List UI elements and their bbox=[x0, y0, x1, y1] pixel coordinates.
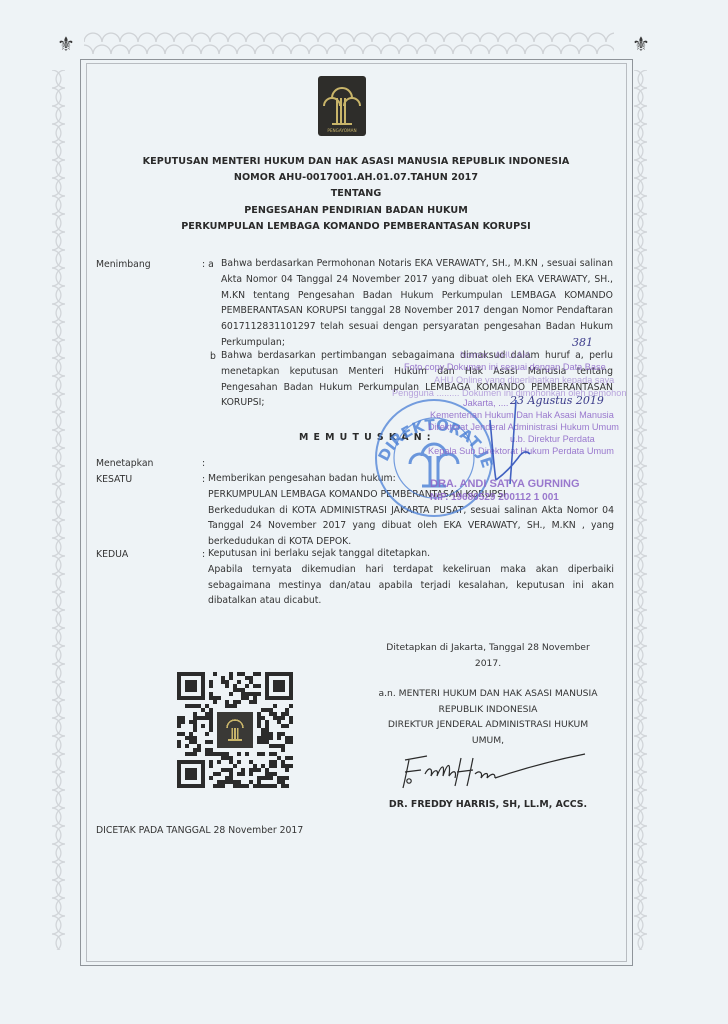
menimbang-marker-b: b bbox=[210, 351, 216, 362]
pengayoman-logo: PENGAYOMAN bbox=[318, 76, 366, 136]
svg-text:PENGAYOMAN: PENGAYOMAN bbox=[327, 128, 356, 133]
stamp-handwritten-number: 381 bbox=[572, 336, 593, 349]
border-ornament-right bbox=[634, 70, 660, 950]
menimbang-point-a: Bahwa berdasarkan Permohonan Notaris EKA… bbox=[221, 256, 613, 351]
position-2: UMUM, bbox=[372, 733, 604, 749]
signer-name: DR. FREDDY HARRIS, SH, LL.M, ACCS. bbox=[372, 799, 604, 810]
signature-block: Ditetapkan di Jakarta, Tanggal 28 Novemb… bbox=[372, 640, 604, 748]
kedua-label: KEDUA bbox=[96, 549, 128, 560]
stamp-official-name: DRA. ANDI SATYA GURNING bbox=[430, 478, 580, 490]
menimbang-colon: : a bbox=[202, 259, 214, 270]
kesatu-label: KESATU bbox=[96, 474, 132, 485]
position-1: DIREKTUR JENDERAL ADMINISTRASI HUKUM bbox=[372, 717, 604, 733]
kedua-line-2: Apabila ternyata dikemudian hari terdapa… bbox=[208, 562, 614, 609]
pengayoman-tree-icon: PENGAYOMAN bbox=[318, 76, 366, 136]
signature-icon bbox=[395, 748, 595, 793]
on-behalf-2: REPUBLIK INDONESIA bbox=[372, 702, 604, 718]
stamp-line-1: Nomor : AHU.AH. bbox=[460, 350, 532, 360]
kedua-colon: : bbox=[202, 549, 205, 560]
kesatu-colon: : bbox=[202, 474, 205, 485]
title-line-1: KEPUTUSAN MENTERI HUKUM DAN HAK ASASI MA… bbox=[90, 154, 622, 170]
stamp-line-2: Foto copy Dokumen ini sesuai dengan Data… bbox=[404, 362, 606, 372]
decree-number: NOMOR AHU-0017001.AH.01.07.TAHUN 2017 bbox=[90, 170, 622, 186]
kedua-content: Keputusan ini berlaku sejak tanggal dite… bbox=[208, 546, 614, 609]
border-ornament-left bbox=[52, 70, 78, 950]
stamp-official-nip: NIP. 19680529 200112 1 001 bbox=[430, 492, 559, 503]
title-organization: PERKUMPULAN LEMBAGA KOMANDO PEMBERANTASA… bbox=[90, 219, 622, 235]
place-date-2: 2017. bbox=[372, 656, 604, 672]
kedua-line-1: Keputusan ini berlaku sejak tanggal dite… bbox=[208, 546, 614, 562]
fleur-ornament-icon: ⚜ bbox=[630, 32, 652, 56]
decree-title: KEPUTUSAN MENTERI HUKUM DAN HAK ASASI MA… bbox=[90, 154, 622, 235]
title-subject: PENGESAHAN PENDIRIAN BADAN HUKUM bbox=[90, 203, 622, 219]
fleur-ornament-icon: ⚜ bbox=[55, 32, 77, 56]
printed-date: DICETAK PADA TANGGAL 28 November 2017 bbox=[96, 825, 303, 836]
place-date-1: Ditetapkan di Jakarta, Tanggal 28 Novemb… bbox=[372, 640, 604, 656]
official-signature-icon bbox=[478, 380, 548, 490]
document-page: ⚜ ⚜ PENGAYOMAN KEPUTUSAN MENTERI HUKUM D… bbox=[0, 0, 728, 1024]
qr-code bbox=[177, 672, 293, 788]
menetapkan-label: Menetapkan bbox=[96, 458, 153, 469]
on-behalf-1: a.n. MENTERI HUKUM DAN HAK ASASI MANUSIA bbox=[372, 686, 604, 702]
menimbang-label: Menimbang bbox=[96, 259, 151, 270]
title-tentang: TENTANG bbox=[90, 186, 622, 202]
menetapkan-colon: : bbox=[202, 458, 205, 469]
